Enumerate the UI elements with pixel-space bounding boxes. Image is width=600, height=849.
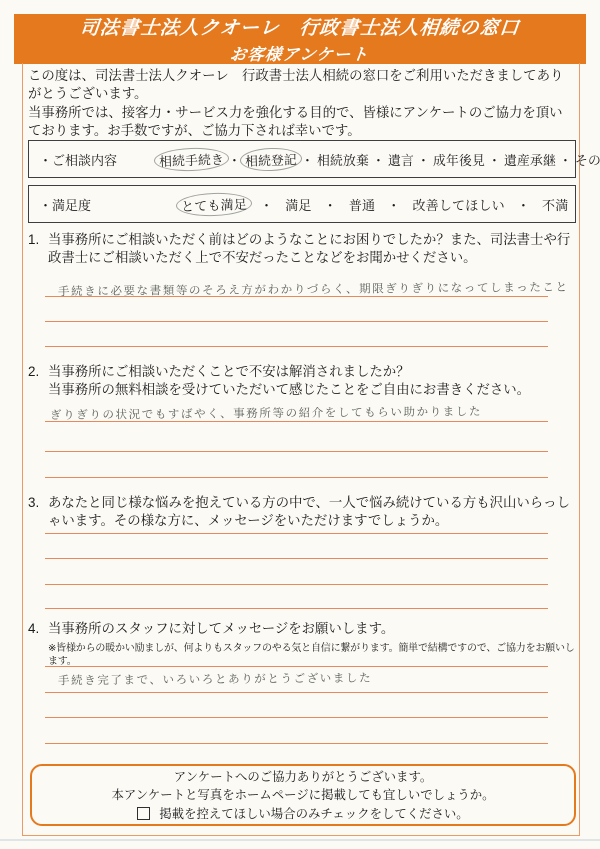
option-separator: ・ <box>260 198 273 213</box>
question-2-number: 2. <box>28 363 39 381</box>
publish-optout-checkbox[interactable] <box>137 807 150 820</box>
form-title: お客様アンケート <box>229 41 371 65</box>
organization-title: 司法書士法人クオーレ 行政書士法人相続の窓口 <box>79 13 521 40</box>
answer-line <box>45 321 548 322</box>
option-separator: ・ <box>517 198 530 213</box>
question-4-text: 当事務所のスタッフに対してメッセージをお願いします。 <box>48 620 575 638</box>
answer-line <box>45 558 548 559</box>
question-4-handwritten-answer: 手続き完了まで、いろいろとありがとうございました <box>58 670 372 689</box>
answer-line <box>45 584 548 585</box>
option-separator: ・ <box>301 153 314 168</box>
intro-paragraph-1: この度は、司法書士法人クオーレ 行政書士法人相続の窓口をご利用いただきましてあり… <box>28 67 575 102</box>
question-1-number: 1. <box>28 231 39 249</box>
publish-optout-row: 掲載を控えてほしい場合のみチェックをしてください。 <box>137 806 468 822</box>
consultation-option-souzoku-tetsuzuki[interactable]: 相続手続き <box>154 146 230 172</box>
option-separator: ・ <box>559 153 572 168</box>
footer-publish-question: 本アンケートと写真をホームページに掲載しても宜しいでしょうか。 <box>111 787 494 803</box>
answer-line <box>45 296 548 297</box>
answer-line <box>45 421 548 422</box>
question-3: 3. あなたと同じ様な悩みを抱えている方の中で、一人で悩み続けている方も沢山いら… <box>28 494 575 530</box>
satisfaction-options: とても満足・満足・普通・改善してほしい・不満 <box>178 194 570 215</box>
satisfaction-option-fuman[interactable]: 不満 <box>540 195 570 214</box>
satisfaction-option-futsuu[interactable]: 普通 <box>347 195 377 214</box>
question-1: 1. 当事務所にご相談いただく前はどのようなことにお困りでしたか？また、司法書士… <box>28 231 575 267</box>
satisfaction-section: ・満足度 とても満足・満足・普通・改善してほしい・不満 <box>28 185 576 223</box>
question-4-number: 4. <box>28 620 39 638</box>
question-2-text-line2: 当事務所の無料相談を受けていただいて感じたことをご自由にお書きください。 <box>48 381 575 399</box>
satisfaction-label: ・満足度 <box>29 195 178 214</box>
consultation-option-yuigon[interactable]: 遺言 <box>386 150 416 169</box>
intro-text: この度は、司法書士法人クオーレ 行政書士法人相続の窓口をご利用いただきましてあり… <box>28 67 575 141</box>
answer-line <box>45 346 548 347</box>
consultation-option-seinen-kouken[interactable]: 成年後見 <box>431 150 487 169</box>
consultation-option-isan-shoukei[interactable]: 遺産承継 <box>502 150 558 169</box>
intro-paragraph-2: 当事務所では、接客力・サービス力を強化する目的で、皆様にアンケートのご協力を頂い… <box>28 104 575 139</box>
answer-line <box>45 666 548 667</box>
footer-notice-box: アンケートへのご協力ありがとうございます。 本アンケートと写真をホームページに掲… <box>30 764 576 826</box>
answer-line <box>45 717 548 718</box>
answer-line <box>45 692 548 693</box>
form-header-banner: 司法書士法人クオーレ 行政書士法人相続の窓口 お客様アンケート <box>14 14 586 64</box>
question-2: 2. 当事務所にご相談いただくことで不安は解消されましたか？ 当事務所の無料相談… <box>28 363 575 399</box>
consultation-option-sonota[interactable]: その他 <box>573 150 600 169</box>
answer-line <box>45 743 548 744</box>
question-3-number: 3. <box>28 494 39 512</box>
answer-line <box>45 451 548 452</box>
consultation-option-souzoku-houki[interactable]: 相続放棄 <box>315 150 371 169</box>
satisfaction-option-manzoku[interactable]: 満足 <box>283 195 313 214</box>
satisfaction-option-totemo-manzoku[interactable]: とても満足 <box>176 191 253 217</box>
answer-line <box>45 608 548 609</box>
question-4: 4. 当事務所のスタッフに対してメッセージをお願いします。 ※皆様からの暖かい励… <box>28 620 575 668</box>
option-separator: ・ <box>488 153 501 168</box>
scan-shadow-edge <box>0 839 600 841</box>
question-1-text: 当事務所にご相談いただく前はどのようなことにお困りでしたか？また、司法書士や行政… <box>48 231 575 267</box>
consultation-option-souzoku-touki[interactable]: 相続登記 <box>240 146 303 171</box>
question-3-text: あなたと同じ様な悩みを抱えている方の中で、一人で悩み続けている方も沢山いらっしゃ… <box>48 494 575 530</box>
question-2-text-line1: 当事務所にご相談いただくことで不安は解消されましたか？ <box>48 363 575 381</box>
satisfaction-option-kaizen[interactable]: 改善してほしい <box>410 195 506 214</box>
option-separator: ・ <box>324 198 337 213</box>
footer-thanks-text: アンケートへのご協力ありがとうございます。 <box>174 769 432 785</box>
publish-optout-label: 掲載を控えてほしい場合のみチェックをしてください。 <box>159 806 468 822</box>
consultation-section: ・ご相談内容 相続手続き・相続登記・相続放棄・遺言・成年後見・遺産承継・その他 <box>28 140 576 178</box>
question-2-handwritten-answer: ぎりぎりの状況でもすばやく、事務所等の紹介をしてもらい助かりました <box>50 403 482 423</box>
answer-line <box>45 477 548 478</box>
option-separator: ・ <box>417 153 430 168</box>
question-4-note: ※皆様からの暖かい励ましが、何よりもスタッフのやる気と自信に繋がります。簡単で結… <box>48 642 575 668</box>
option-separator: ・ <box>372 153 385 168</box>
survey-page: 司法書士法人クオーレ 行政書士法人相続の窓口 お客様アンケート この度は、司法書… <box>0 0 600 849</box>
page-border-frame <box>22 63 580 836</box>
option-separator: ・ <box>387 198 400 213</box>
consultation-label: ・ご相談内容 <box>29 150 156 169</box>
answer-line <box>45 533 548 534</box>
consultation-options: 相続手続き・相続登記・相続放棄・遺言・成年後見・遺産承継・その他 <box>156 149 600 170</box>
